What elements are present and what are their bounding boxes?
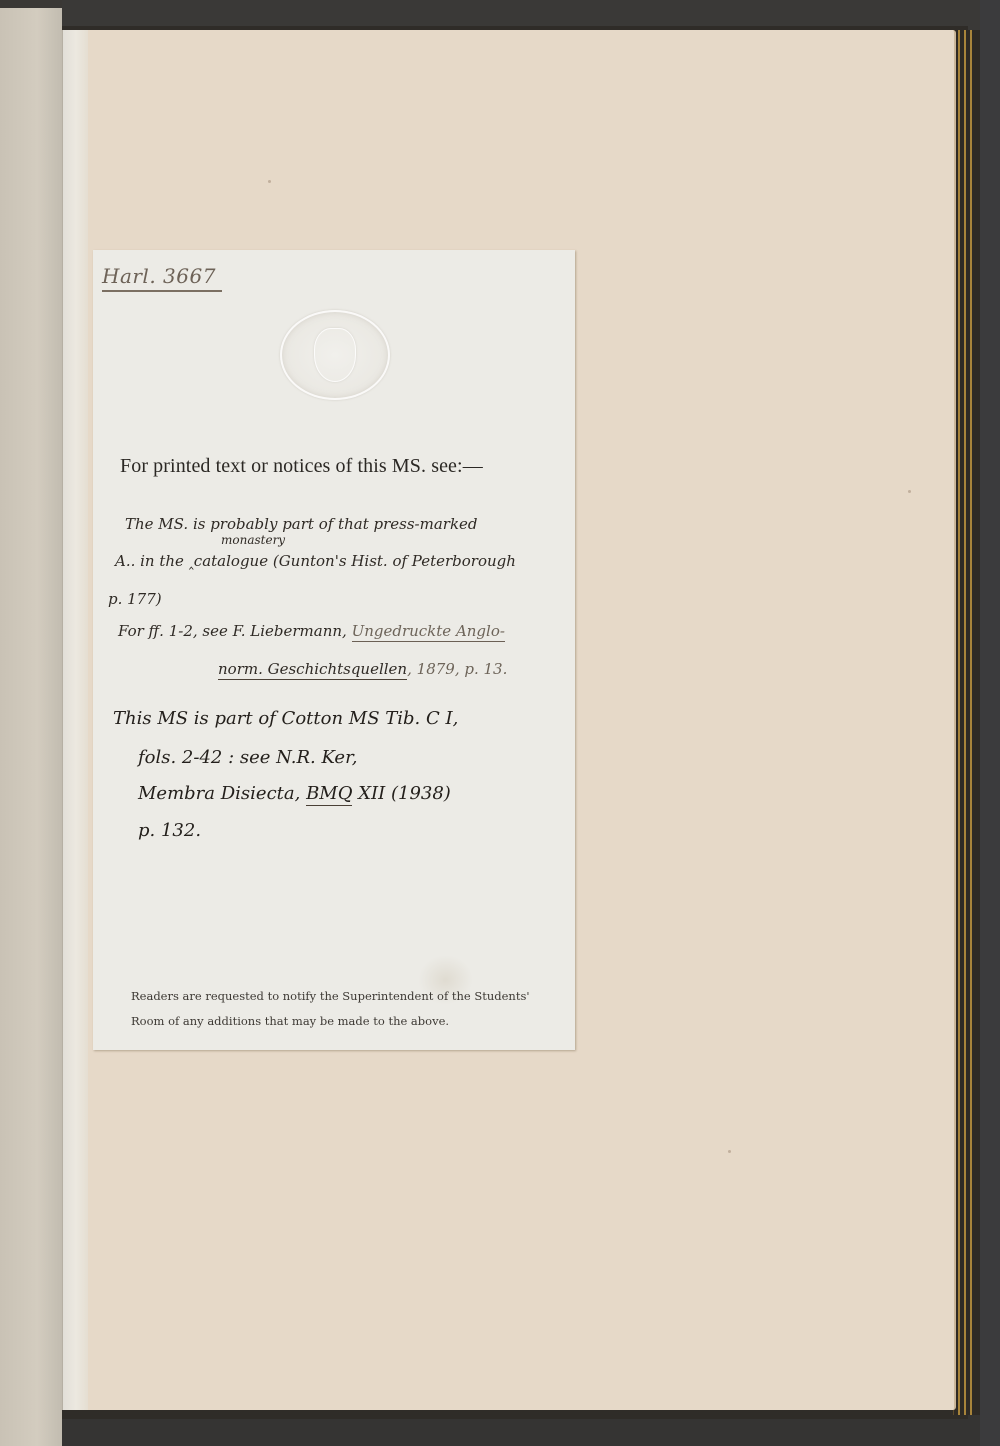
shelfmark: Harl. 3667 (102, 264, 222, 292)
note3-line3a: Membra Disiecta, (138, 783, 306, 804)
note2-title-part2: norm. Geschichtsquellen (218, 660, 407, 680)
note3-line4: p. 132. (138, 820, 201, 841)
note2-line1a: For ff. 1-2, see F. Liebermann, (118, 622, 352, 640)
book-photograph: Harl. 3667 For printed text or notices o… (0, 0, 1000, 1446)
footer-line1: Readers are requested to notify the Supe… (131, 984, 571, 1009)
note3-line3: Membra Disiecta, BMQ XII (1938) (138, 783, 451, 804)
left-facing-page (0, 0, 62, 1446)
note3-line2: fols. 2-42 : see N.R. Ker, (138, 747, 357, 768)
paper-speck (728, 1150, 731, 1153)
printed-heading: For printed text or notices of this MS. … (120, 455, 483, 478)
note1-line2b: catalogue (Gunton's Hist. of Peterboroug… (194, 552, 516, 570)
left-page-top-cover (0, 0, 62, 8)
note2-line1: For ff. 1-2, see F. Liebermann, Ungedruc… (118, 622, 505, 640)
note2-line2: norm. Geschichtsquellen, 1879, p. 13. (218, 660, 507, 678)
note3-journal-abbrev: BMQ (306, 783, 352, 806)
note1-line2a: A.. in the (115, 552, 189, 570)
note1-line3: p. 177) (108, 590, 162, 608)
paper-speck (268, 180, 271, 183)
gilt-line (958, 30, 960, 1415)
note2-line2b: , 1879, p. 13. (407, 660, 507, 678)
note2-title-part1: Ungedruckte Anglo- (352, 622, 505, 642)
gilt-line (964, 30, 966, 1415)
note1-line1: The MS. is probably part of that press-m… (125, 515, 478, 533)
cover-right-edge-gilt (953, 30, 980, 1415)
footer-note: Readers are requested to notify the Supe… (131, 984, 571, 1034)
embossed-seal-icon (280, 310, 390, 400)
gutter-hinge (62, 30, 89, 1410)
note1-insertion: monastery (221, 533, 285, 547)
notice-card: Harl. 3667 For printed text or notices o… (93, 250, 575, 1050)
coat-of-arms-emboss (314, 328, 356, 382)
note1-line2: A.. in the ‸catalogue (Gunton's Hist. of… (115, 552, 516, 570)
note3-line3c: XII (1938) (352, 783, 450, 804)
paper-speck (908, 490, 911, 493)
footer-line2: Room of any additions that may be made t… (131, 1009, 571, 1034)
note3-line1: This MS is part of Cotton MS Tib. C I, (113, 708, 458, 729)
gilt-line (970, 30, 972, 1415)
